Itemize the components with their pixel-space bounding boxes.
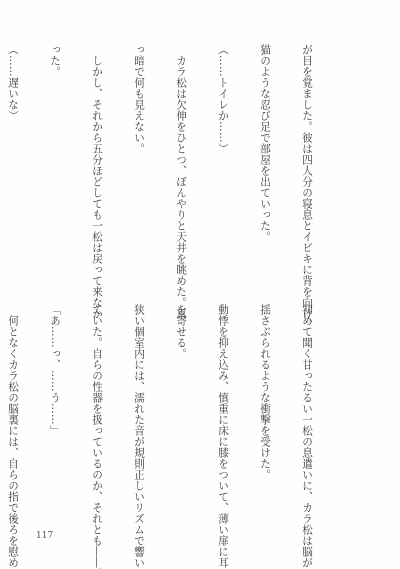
text-block-bottom: 初めて聞く甘ったるい一松の息遣いに、カラ松は脳が 揺さぶられるような衝撃を受けた… <box>0 304 342 530</box>
text-line: 何となくカラ松の脳裏には、自らの指で後ろを慰める <box>6 304 20 530</box>
text-line: を寄せる。 <box>174 304 188 530</box>
text-line: （……トイレか……） <box>216 44 230 276</box>
text-line: 猫のような忍び足で部屋を出ていった。 <box>258 44 272 276</box>
text-line: （……遅いな） <box>6 44 20 276</box>
text-line: 初めて聞く甘ったるい一松の息遣いに、カラ松は脳が <box>300 304 314 530</box>
text-line: 狭い個室内には、濡れた音が規則正しいリズムで響い <box>132 304 146 530</box>
text-line: った。 <box>48 44 62 276</box>
text-line: が目を覚ました。彼は四人分の寝息とイビキに背を向け、 <box>300 44 314 276</box>
text-line: っ暗で何も見えない。 <box>132 44 146 276</box>
text-line: 揺さぶられるような衝撃を受けた。 <box>258 304 272 530</box>
book-page: が目を覚ました。彼は四人分の寝息とイビキに背を向け、 猫のような忍び足で部屋を出… <box>0 0 400 569</box>
text-block-top: が目を覚ました。彼は四人分の寝息とイビキに背を向け、 猫のような忍び足で部屋を出… <box>0 44 342 276</box>
text-line: カラ松は欠伸をひとつ、ぼんやりと天井を眺めた。真 <box>174 44 188 276</box>
text-line: 「あ……っ、……う……」 <box>48 304 62 530</box>
text-line: 動悸を抑え込み、慎重に床に膝をついて、薄い扉に耳 <box>216 304 230 530</box>
page-number: 117 <box>36 531 53 541</box>
text-line: ていた。自らの性器を扱っているのか、それとも――。 <box>90 304 104 530</box>
text-line: しかし、それから五分ほどしても一松は戻って来なか <box>90 44 104 276</box>
